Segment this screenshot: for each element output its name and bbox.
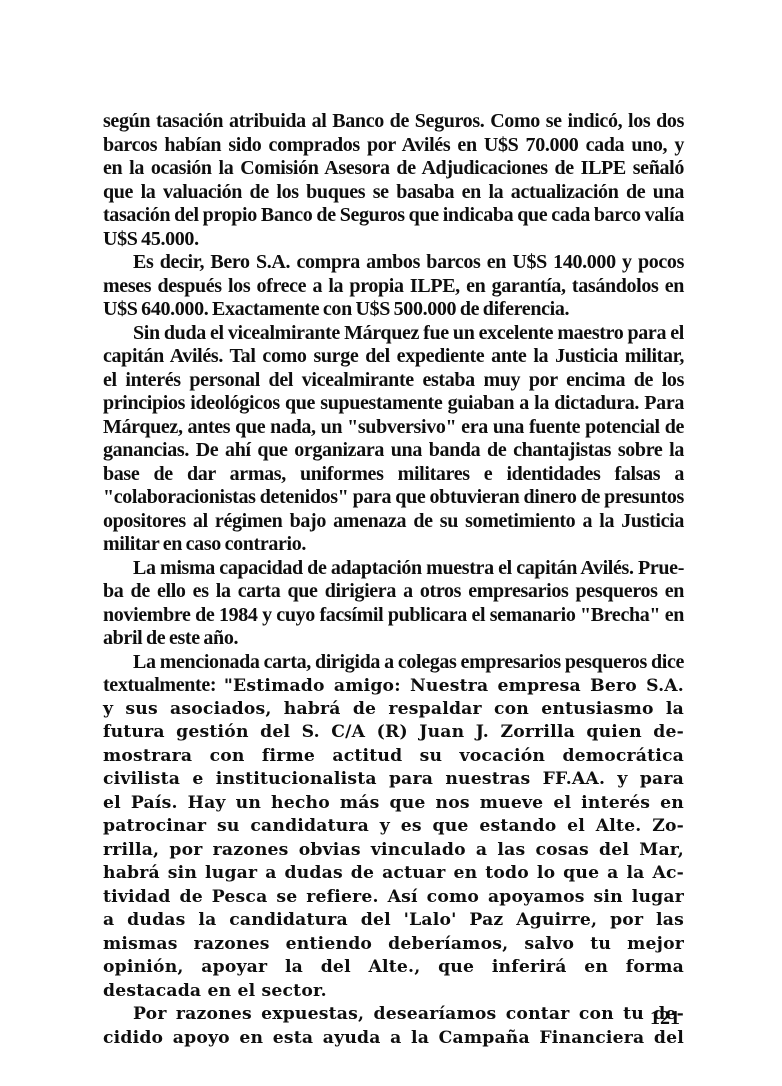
- text-line: U$S 45.000.: [103, 228, 684, 252]
- text-line: en la ocasión la Comisión Asesora de Adj…: [103, 157, 684, 181]
- quote-start: "Estimado amigo: Nuestra empresa Bero S.…: [224, 676, 684, 696]
- text-line: base de dar armas, uniformes militares e…: [103, 463, 684, 487]
- quote-line: habrá sin lugar a dudas de actuar en tod…: [103, 862, 684, 886]
- text-line: meses después los ofrece a la propia ILP…: [103, 275, 684, 299]
- quote-line: opinión, apoyar la del Alte., que inferi…: [103, 956, 684, 980]
- quote-line: el País. Hay un hecho más que nos mueve …: [103, 792, 684, 816]
- quote-line: destacada en el sector.: [103, 980, 684, 1004]
- text-line-mixed: textualmente: "Estimado amigo: Nuestra e…: [103, 674, 684, 698]
- quote-line: y sus asociados, habrá de respaldar con …: [103, 698, 684, 722]
- text-line: La misma capacidad de adaptación muestra…: [103, 557, 684, 581]
- quote-line: civilista e institucionalista para nuest…: [103, 768, 684, 792]
- quote-line: Por razones expuestas, desearíamos conta…: [103, 1003, 684, 1027]
- quote-line: mismas razones entiendo deberíamos, salv…: [103, 933, 684, 957]
- text-line: ganancias. De ahí que organizara una ban…: [103, 439, 684, 463]
- quote-line: a dudas la candidatura del 'Lalo' Paz Ag…: [103, 909, 684, 933]
- text-line: capitán Avilés. Tal como surge del exped…: [103, 345, 684, 369]
- quote-line: mostrara con firme actitud su vocación d…: [103, 745, 684, 769]
- text-line: Márquez, antes que nada, un "subversivo"…: [103, 416, 684, 440]
- text-line: según tasación atribuida al Banco de Seg…: [103, 110, 684, 134]
- text-line: Es decir, Bero S.A. compra ambos barcos …: [103, 251, 684, 275]
- text-line: barcos habían sido comprados por Avilés …: [103, 134, 684, 158]
- text-line: que la valuación de los buques se basaba…: [103, 181, 684, 205]
- quote-line: cidido apoyo en esta ayuda a la Campaña …: [103, 1027, 684, 1051]
- text-line: La mencionada carta, dirigida a colegas …: [103, 651, 684, 675]
- text-line: el interés personal del vicealmirante es…: [103, 369, 684, 393]
- text-line: "colaboracionistas detenidos" para que o…: [103, 486, 684, 510]
- text-line: opositores al régimen bajo amenaza de su…: [103, 510, 684, 534]
- text-line: U$S 640.000. Exactamente con U$S 500.000…: [103, 298, 684, 322]
- quote-line: rrilla, por razones obvias vinculado a l…: [103, 839, 684, 863]
- intro-text: textualmente:: [103, 674, 224, 696]
- text-line: Sin duda el vicealmirante Márquez fue un…: [103, 322, 684, 346]
- text-line: militar en caso contrario.: [103, 533, 684, 557]
- text-line: tasación del propio Banco de Seguros que…: [103, 204, 684, 228]
- text-line: principios ideológicos que supuestamente…: [103, 392, 684, 416]
- text-line: ba de ello es la carta que dirigiera a o…: [103, 580, 684, 604]
- body-text: según tasación atribuida al Banco de Seg…: [103, 110, 684, 1050]
- text-line: abril de este año.: [103, 627, 684, 651]
- text-line: noviembre de 1984 y cuyo facsímil public…: [103, 604, 684, 628]
- quote-line: tividad de Pesca se refiere. Así como ap…: [103, 886, 684, 910]
- page-number: 121: [620, 1007, 680, 1030]
- quote-line: patrocinar su candidatura y es que estan…: [103, 815, 684, 839]
- quote-line: futura gestión del S. C/A (R) Juan J. Zo…: [103, 721, 684, 745]
- book-page: según tasación atribuida al Banco de Seg…: [0, 0, 782, 1086]
